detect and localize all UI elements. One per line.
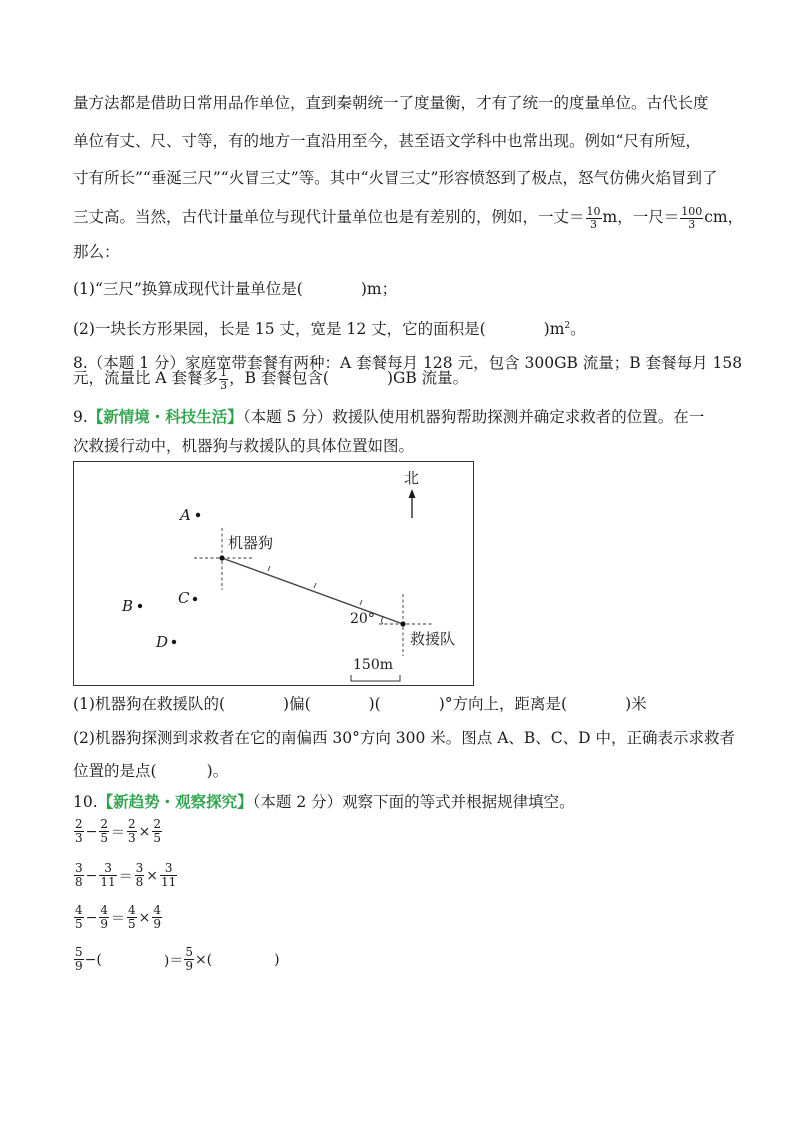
numerator: 3	[135, 862, 145, 876]
q9-sub1-text: )°方向上，距离是(	[439, 695, 567, 713]
q7-sub2-unit: )m	[544, 320, 565, 338]
fraction: 38	[135, 862, 145, 889]
point-b-label: B	[122, 597, 133, 615]
angle-label: 20°	[350, 611, 375, 627]
rescue-position-figure: 北 机器狗 救援队 20° 150m A B C D	[73, 461, 474, 686]
denominator: 9	[74, 960, 84, 973]
numerator: 4	[74, 904, 84, 918]
passage-text: m，一尺＝	[603, 208, 680, 226]
denominator: 3	[680, 219, 703, 231]
q8-line-2: 元，流量比 A 套餐多13，B 套餐包含()GB 流量。	[73, 362, 468, 394]
q10-text: （本题 2 分）观察下面的等式并根据规律填空。	[253, 793, 575, 811]
fraction: 23	[127, 818, 137, 845]
fraction: 25	[99, 818, 109, 845]
robot-dog-point	[219, 555, 224, 560]
denominator: 5	[74, 918, 84, 931]
fraction-one-third: 13	[219, 367, 228, 392]
angle-arc	[382, 617, 384, 624]
q8-text: 元，流量比 A 套餐多	[73, 369, 218, 387]
q7-sub2: (2)一块长方形果园，长是 15 丈，宽是 12 丈，它的面积是()m2。	[73, 316, 586, 339]
minus-open-paren: −(	[85, 952, 102, 968]
minus-sign: −	[86, 910, 98, 926]
numerator: 2	[99, 818, 109, 832]
fraction: 25	[152, 818, 162, 845]
fraction: 59	[74, 946, 84, 973]
equation-1: 23 − 25 ＝ 23 × 25	[73, 818, 163, 845]
passage-text: cm，	[704, 208, 743, 226]
times-sign: ×	[139, 910, 151, 926]
point-a	[196, 513, 200, 517]
q9-sub2-line-1: (2)机器狗探测到求救者在它的南偏西 30°方向 300 米。图点 A、B、C、…	[73, 728, 735, 748]
fraction: 23	[74, 818, 84, 845]
q9-text: （本题 5 分）救援队使用机器狗帮助探测并确定求救者的位置。在一	[243, 408, 704, 426]
figure-drawing	[74, 462, 475, 687]
q8-text: )GB 流量。	[387, 369, 468, 387]
denominator: 3	[586, 219, 602, 231]
denominator: 3	[219, 380, 228, 392]
q9-sub2-text: 位置的是点(	[73, 762, 157, 780]
scale-bar	[351, 675, 400, 681]
q7-sub1-text: (1)“三尺”换算成现代计量单位是(	[73, 280, 303, 298]
rescue-team-point	[400, 621, 405, 626]
times-sign: ×	[146, 868, 158, 884]
times-open-paren: ×(	[195, 952, 212, 968]
q9-sub2-line-2: 位置的是点()。	[73, 761, 228, 781]
denominator: 3	[74, 832, 84, 845]
q9-sub1: (1)机器狗在救援队的()偏()()°方向上，距离是()米	[73, 694, 647, 714]
numerator: 4	[99, 904, 109, 918]
q9-sub1-text: (1)机器狗在救援队的(	[73, 695, 225, 713]
point-d	[172, 640, 176, 644]
passage-line-3: 寸有所长”“垂涎三尺”“火冒三丈”等。其中“火冒三丈”形容愤怒到了极点，怒气仿佛…	[73, 168, 717, 188]
question-number: 9.	[73, 408, 88, 426]
point-c-label: C	[178, 589, 189, 607]
q9-line-2: 次救援行动中，机器狗与救援队的具体位置如图。	[73, 436, 414, 456]
q9-tag: 【新情境・科技生活】	[88, 408, 243, 426]
passage-line-4: 三丈高。当然，古代计量单位与现代计量单位也是有差别的，例如，一丈＝103m，一尺…	[73, 200, 743, 234]
numerator: 100	[680, 206, 703, 219]
numerator: 1	[219, 367, 228, 380]
denominator: 3	[127, 832, 137, 845]
q7-sub1: (1)“三尺”换算成现代计量单位是()m；	[73, 279, 397, 299]
fraction-chi: 1003	[680, 206, 703, 231]
q10-tag: 【新趋势・观察探究】	[98, 793, 253, 811]
denominator: 9	[184, 960, 194, 973]
q7-sub1-unit: )m；	[361, 280, 397, 298]
passage-line-1: 量方法都是借助日常用品作单位，直到秦朝统一了度量衡，才有了统一的度量单位。古代长…	[73, 93, 709, 113]
denominator: 8	[74, 876, 84, 889]
q9-sub2-text: )。	[207, 762, 229, 780]
denominator: 9	[152, 918, 162, 931]
denominator: 5	[152, 832, 162, 845]
q7-sub2-text: (2)一块长方形果园，长是 15 丈，宽是 12 丈，它的面积是(	[73, 320, 486, 338]
numerator: 3	[160, 862, 177, 876]
robot-dog-label: 机器狗	[228, 532, 273, 553]
minus-sign: −	[86, 868, 98, 884]
denominator: 8	[135, 876, 145, 889]
equation-2: 38 − 311 ＝ 38 × 311	[73, 862, 178, 889]
q8-text: ，B 套餐包含(	[229, 369, 329, 387]
close-paren: )	[274, 952, 279, 968]
fraction: 45	[74, 904, 84, 931]
question-number: 10.	[73, 793, 98, 811]
passage-line-5: 那么：	[73, 242, 120, 262]
fraction: 49	[152, 904, 162, 931]
distance-ticks	[268, 566, 362, 605]
numerator: 3	[74, 862, 84, 876]
equation-4: 59 −( )＝ 59 ×( )	[73, 946, 280, 973]
point-b	[138, 604, 142, 608]
punctuation: 。	[570, 320, 586, 338]
point-c	[193, 597, 197, 601]
numerator: 2	[74, 818, 84, 832]
fraction: 45	[127, 904, 137, 931]
north-label: 北	[404, 467, 419, 488]
denominator: 11	[160, 876, 177, 889]
q10-line-1: 10.【新趋势・观察探究】（本题 2 分）观察下面的等式并根据规律填空。	[73, 792, 575, 812]
numerator: 10	[586, 206, 602, 219]
fraction: 311	[99, 862, 116, 889]
numerator: 2	[127, 818, 137, 832]
numerator: 5	[74, 946, 84, 960]
close-paren-equals: )＝	[164, 950, 183, 970]
fraction: 59	[184, 946, 194, 973]
passage-line-2: 单位有丈、尺、寸等，有的地方一直沿用至今，甚至语文学科中也常出现。例如“尺有所短…	[73, 131, 701, 151]
numerator: 2	[152, 818, 162, 832]
denominator: 11	[99, 876, 116, 889]
fraction: 49	[99, 904, 109, 931]
numerator: 5	[184, 946, 194, 960]
denominator: 9	[99, 918, 109, 931]
scale-label: 150m	[353, 657, 393, 673]
numerator: 3	[99, 862, 116, 876]
equals-sign: ＝	[111, 908, 125, 928]
numerator: 4	[152, 904, 162, 918]
equation-3: 45 − 49 ＝ 45 × 49	[73, 904, 163, 931]
q9-sub1-text: )(	[369, 695, 381, 713]
passage-text: 三丈高。当然，古代计量单位与现代计量单位也是有差别的，例如，一丈＝	[73, 208, 585, 226]
fraction: 38	[74, 862, 84, 889]
equals-sign: ＝	[111, 822, 125, 842]
rescue-team-label: 救援队	[410, 628, 455, 649]
fraction-zhang: 103	[586, 206, 602, 231]
denominator: 5	[127, 918, 137, 931]
robot-to-rescue-line	[222, 558, 403, 624]
fraction: 311	[160, 862, 177, 889]
minus-sign: −	[86, 824, 98, 840]
north-arrow-icon	[409, 489, 416, 518]
denominator: 5	[99, 832, 109, 845]
q9-sub1-text: )偏(	[283, 695, 311, 713]
times-sign: ×	[139, 824, 151, 840]
numerator: 4	[127, 904, 137, 918]
q9-sub1-text: )米	[625, 695, 647, 713]
point-a-label: A	[180, 506, 191, 524]
equals-sign: ＝	[119, 866, 133, 886]
point-d-label: D	[156, 633, 168, 651]
q9-line-1: 9.【新情境・科技生活】（本题 5 分）救援队使用机器狗帮助探测并确定求救者的位…	[73, 407, 704, 427]
